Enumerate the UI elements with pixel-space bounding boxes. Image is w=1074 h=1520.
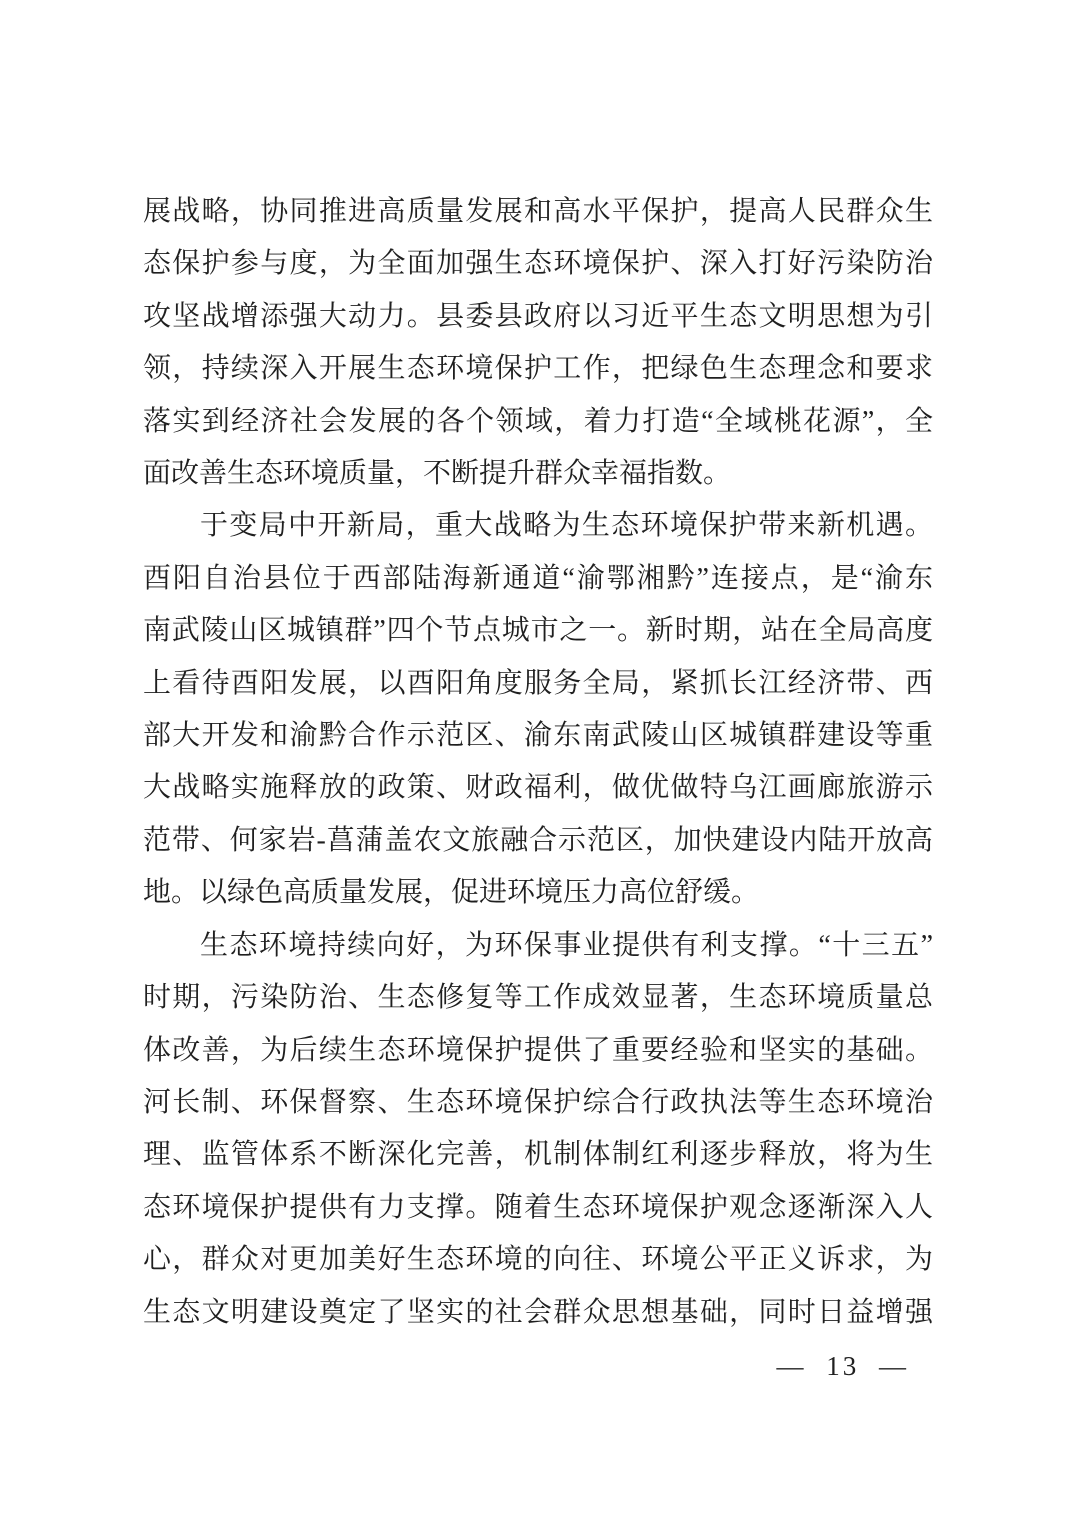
text-line: 落实到经济社会发展的各个领域，着力打造“全域桃花源”，全 [143, 396, 933, 448]
text-line-paragraph-end: 面改善生态环境质量，不断提升群众幸福指数。 [143, 448, 933, 500]
text-line: 态保护参与度，为全面加强生态环境保护、深入打好污染防治 [143, 238, 933, 290]
text-line: 攻坚战增添强大动力。县委县政府以习近平生态文明思想为引 [143, 291, 933, 343]
text-line-paragraph-start: 于变局中开新局，重大战略为生态环境保护带来新机遇。 [143, 500, 933, 552]
text-line: 心，群众对更加美好生态环境的向往、环境公平正义诉求，为 [143, 1234, 933, 1286]
text-line: 理、监管体系不断深化完善，机制体制红利逐步释放，将为生 [143, 1129, 933, 1181]
text-line-paragraph-end: 地。以绿色高质量发展，促进环境压力高位舒缓。 [143, 867, 933, 919]
text-line: 体改善，为后续生态环境保护提供了重要经验和坚实的基础。 [143, 1025, 933, 1077]
text-line: 大战略实施释放的政策、财政福利，做优做特乌江画廊旅游示 [143, 762, 933, 814]
body-text: 展战略，协同推进高质量发展和高水平保护，提高人民群众生 态保护参与度，为全面加强… [143, 186, 933, 1339]
text-line: 展战略，协同推进高质量发展和高水平保护，提高人民群众生 [143, 186, 933, 238]
text-line: 态环境保护提供有力支撑。随着生态环境保护观念逐渐深入人 [143, 1182, 933, 1234]
text-line-paragraph-start: 生态环境持续向好，为环保事业提供有利支撑。“十三五” [143, 920, 933, 972]
text-line: 河长制、环保督察、生态环境保护综合行政执法等生态环境治 [143, 1077, 933, 1129]
text-line: 部大开发和渝黔合作示范区、渝东南武陵山区城镇群建设等重 [143, 710, 933, 762]
text-line: 生态文明建设奠定了坚实的社会群众思想基础，同时日益增强 [143, 1287, 933, 1339]
text-line: 南武陵山区城镇群”四个节点城市之一。新时期，站在全局高度 [143, 605, 933, 657]
text-line: 范带、何家岩-菖蒲盖农文旅融合示范区，加快建设内陆开放高 [143, 815, 933, 867]
document-page: 展战略，协同推进高质量发展和高水平保护，提高人民群众生 态保护参与度，为全面加强… [0, 0, 1074, 1520]
text-line: 上看待酉阳发展，以酉阳角度服务全局，紧抓长江经济带、西 [143, 658, 933, 710]
text-line: 酉阳自治县位于西部陆海新通道“渝鄂湘黔”连接点，是“渝东 [143, 553, 933, 605]
text-line: 领，持续深入开展生态环境保护工作，把绿色生态理念和要求 [143, 343, 933, 395]
text-line: 时期，污染防治、生态修复等工作成效显著，生态环境质量总 [143, 972, 933, 1024]
page-number: — 13 — [143, 1349, 909, 1383]
